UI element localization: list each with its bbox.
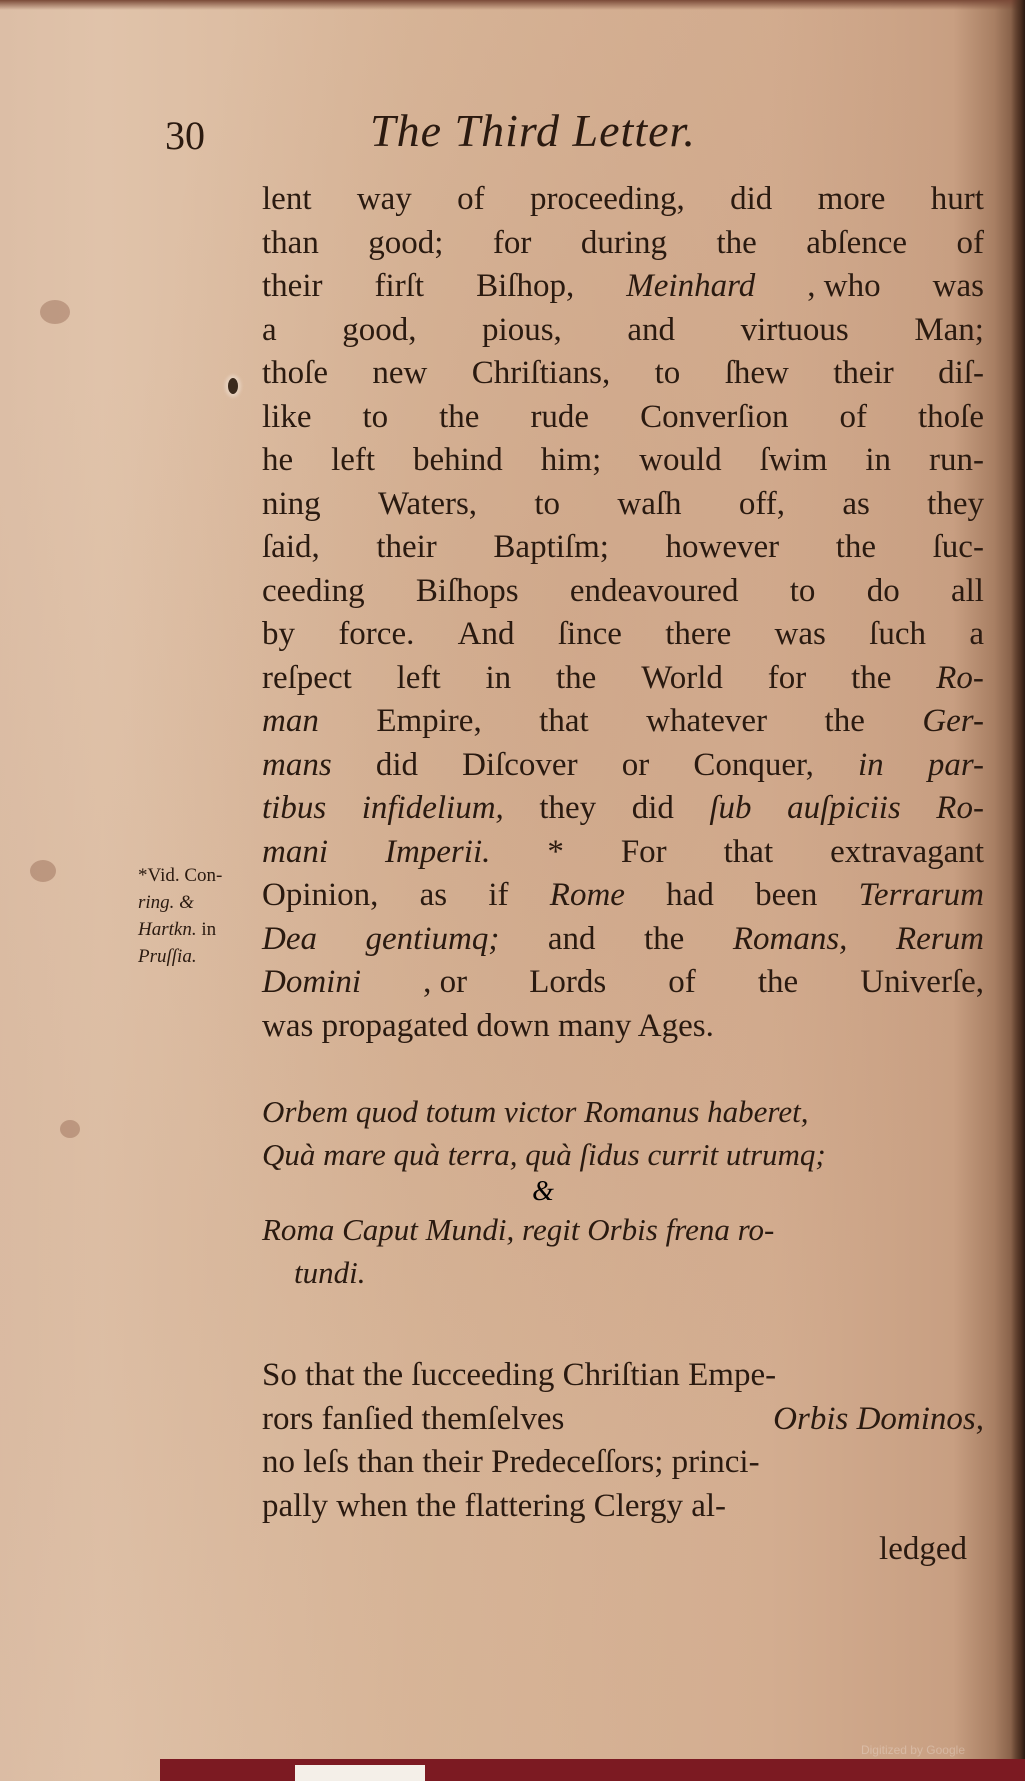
running-title: The Third Letter. (370, 104, 696, 157)
text-line: no leſs than their Predeceſſors; princi- (262, 1441, 984, 1485)
text-line: So that the ſucceeding Chriſtian Empe- (262, 1354, 984, 1398)
catchword: ledged (262, 1528, 984, 1572)
margin-note-line: *Vid. Con- (138, 862, 258, 889)
text-line: was propagated down many Ages. (262, 1005, 984, 1049)
paragraph-2: So that the ſucceeding Chriſtian Empe- r… (262, 1354, 984, 1572)
text-line: thoſenewChriſtians,toſhewtheirdiſ- (262, 352, 984, 396)
verse-ampersand: & (262, 1176, 984, 1208)
text-line: Domini, orLordsoftheUniverſe, (262, 961, 984, 1005)
page-header: 30 The Third Letter. (165, 100, 865, 160)
text-line: theirfirſtBiſhop,Meinhard, whowas (262, 265, 984, 309)
margin-note: *Vid. Con- ring. & Hartkn. in Pruſſia. (138, 862, 258, 970)
text-line: liketotherudeConverſionofthoſe (262, 396, 984, 440)
page-number: 30 (165, 112, 205, 159)
text-line: Deagentiumq;andtheRomans,Rerum (262, 918, 984, 962)
margin-note-line: Hartkn. in (138, 916, 258, 943)
text-line: maniImperii.*Forthatextravagant (262, 831, 984, 875)
paper-tab (295, 1765, 425, 1781)
text-line: agood,pious,andvirtuousMan; (262, 309, 984, 353)
text-line: manEmpire,thatwhatevertheGer- (262, 700, 984, 744)
text-line: lentwayofproceeding,didmorehurt (262, 178, 984, 222)
text-line: ceedingBiſhopsendeavouredtodoall (262, 570, 984, 614)
watermark: Digitized by Google (861, 1743, 965, 1757)
book-cover-edge (160, 1759, 1025, 1781)
text-line: thangood;forduringtheabſenceof (262, 222, 984, 266)
verse-line-2: Quà mare quà terra, quà ſidus currit utr… (262, 1133, 984, 1176)
text-line: ningWaters,towaſhoff,asthey (262, 483, 984, 527)
latin-verse: Orbem quod totum victor Romanus haberet,… (262, 1090, 984, 1294)
printer-ornament-icon (228, 378, 238, 394)
paper-stain (60, 1120, 80, 1138)
text-line: mansdidDiſcoverorConquer,inpar- (262, 744, 984, 788)
paper-stain (30, 860, 56, 882)
verse-line-4: tundi. (262, 1251, 984, 1294)
margin-note-line: Pruſſia. (138, 943, 258, 970)
text-line: ſaid,theirBaptiſm;howevertheſuc- (262, 526, 984, 570)
verse-line-3: Roma Caput Mundi, regit Orbis frena ro- (262, 1208, 984, 1251)
text-line: rors fanſied themſelves Orbis Dominos, (262, 1398, 984, 1442)
book-page: 30 The Third Letter. lentwayofproceeding… (0, 0, 1025, 1781)
margin-note-line: ring. & (138, 889, 258, 916)
paper-stain (40, 300, 70, 324)
text-line: byforce.Andſincetherewasſucha (262, 613, 984, 657)
text-line: Opinion,asifRomehadbeenTerrarum (262, 874, 984, 918)
paragraph-1: lentwayofproceeding,didmorehurtthangood;… (262, 178, 984, 1048)
text-line: heleftbehindhim;wouldſwiminrun- (262, 439, 984, 483)
text-line: pally when the flattering Clergy al- (262, 1485, 984, 1529)
verse-line-1: Orbem quod totum victor Romanus haberet, (262, 1090, 984, 1133)
text-line: reſpectleftintheWorldfortheRo- (262, 657, 984, 701)
page-gutter-shadow (1011, 0, 1025, 1781)
text-line: tibusinfidelium,theydidſubauſpiciisRo- (262, 787, 984, 831)
